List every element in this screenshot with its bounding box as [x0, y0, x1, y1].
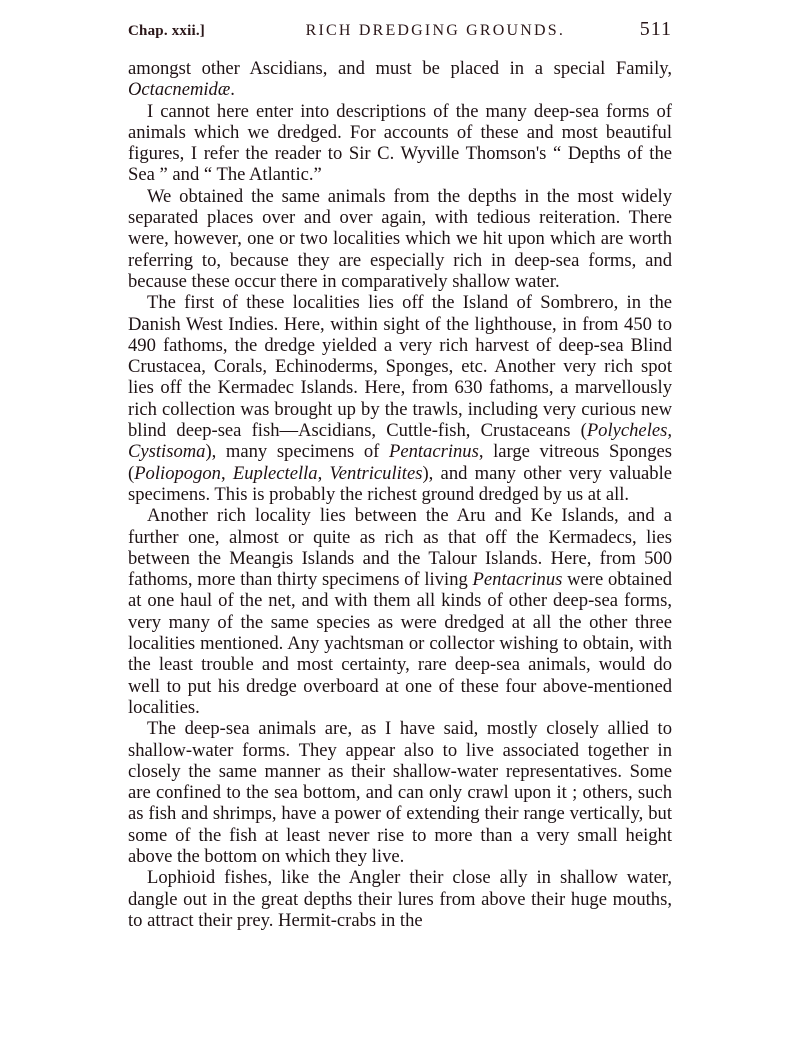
text-run: The first of these localities lies off t…: [128, 292, 672, 441]
text-run: were obtained at one haul of the net, an…: [128, 569, 672, 718]
running-head: Chap. xxii.] RICH DREDGING GROUNDS. 511: [128, 18, 672, 58]
text-run: We obtained the same animals from the de…: [128, 186, 672, 292]
text-run: ), many specimens of: [205, 441, 388, 462]
italic-term: Poliopogon: [134, 463, 221, 484]
italic-term: Ventriculites: [330, 463, 423, 484]
text-run: amongst other Ascidians, and must be pla…: [128, 58, 672, 79]
text-run: ,: [221, 463, 233, 484]
running-title: RICH DREDGING GROUNDS.: [306, 22, 566, 40]
text-run: .: [230, 79, 235, 100]
italic-term: Pentacrinus: [473, 569, 563, 590]
text-run: Lophioid fishes, like the Angler their c…: [128, 867, 672, 931]
page-number: 511: [640, 18, 672, 41]
paragraph: I cannot here enter into descriptions of…: [128, 101, 672, 186]
paragraph: The deep-sea animals are, as I have said…: [128, 718, 672, 867]
paragraph: amongst other Ascidians, and must be pla…: [128, 58, 672, 101]
paragraph: The first of these localities lies off t…: [128, 292, 672, 505]
text-run: ,: [318, 463, 330, 484]
italic-term: Octacnemidæ: [128, 79, 230, 100]
italic-term: Pentacrinus: [389, 441, 479, 462]
chapter-label: Chap. xxii.]: [128, 23, 205, 40]
book-page: Chap. xxii.] RICH DREDGING GROUNDS. 511 …: [128, 18, 672, 931]
paragraph: Another rich locality lies between the A…: [128, 505, 672, 718]
paragraph: We obtained the same animals from the de…: [128, 186, 672, 292]
paragraph: Lophioid fishes, like the Angler their c…: [128, 867, 672, 931]
text-run: The deep-sea animals are, as I have said…: [128, 718, 672, 867]
italic-term: Euplectella: [233, 463, 318, 484]
body-text: amongst other Ascidians, and must be pla…: [128, 58, 672, 931]
text-run: I cannot here enter into descriptions of…: [128, 101, 672, 186]
